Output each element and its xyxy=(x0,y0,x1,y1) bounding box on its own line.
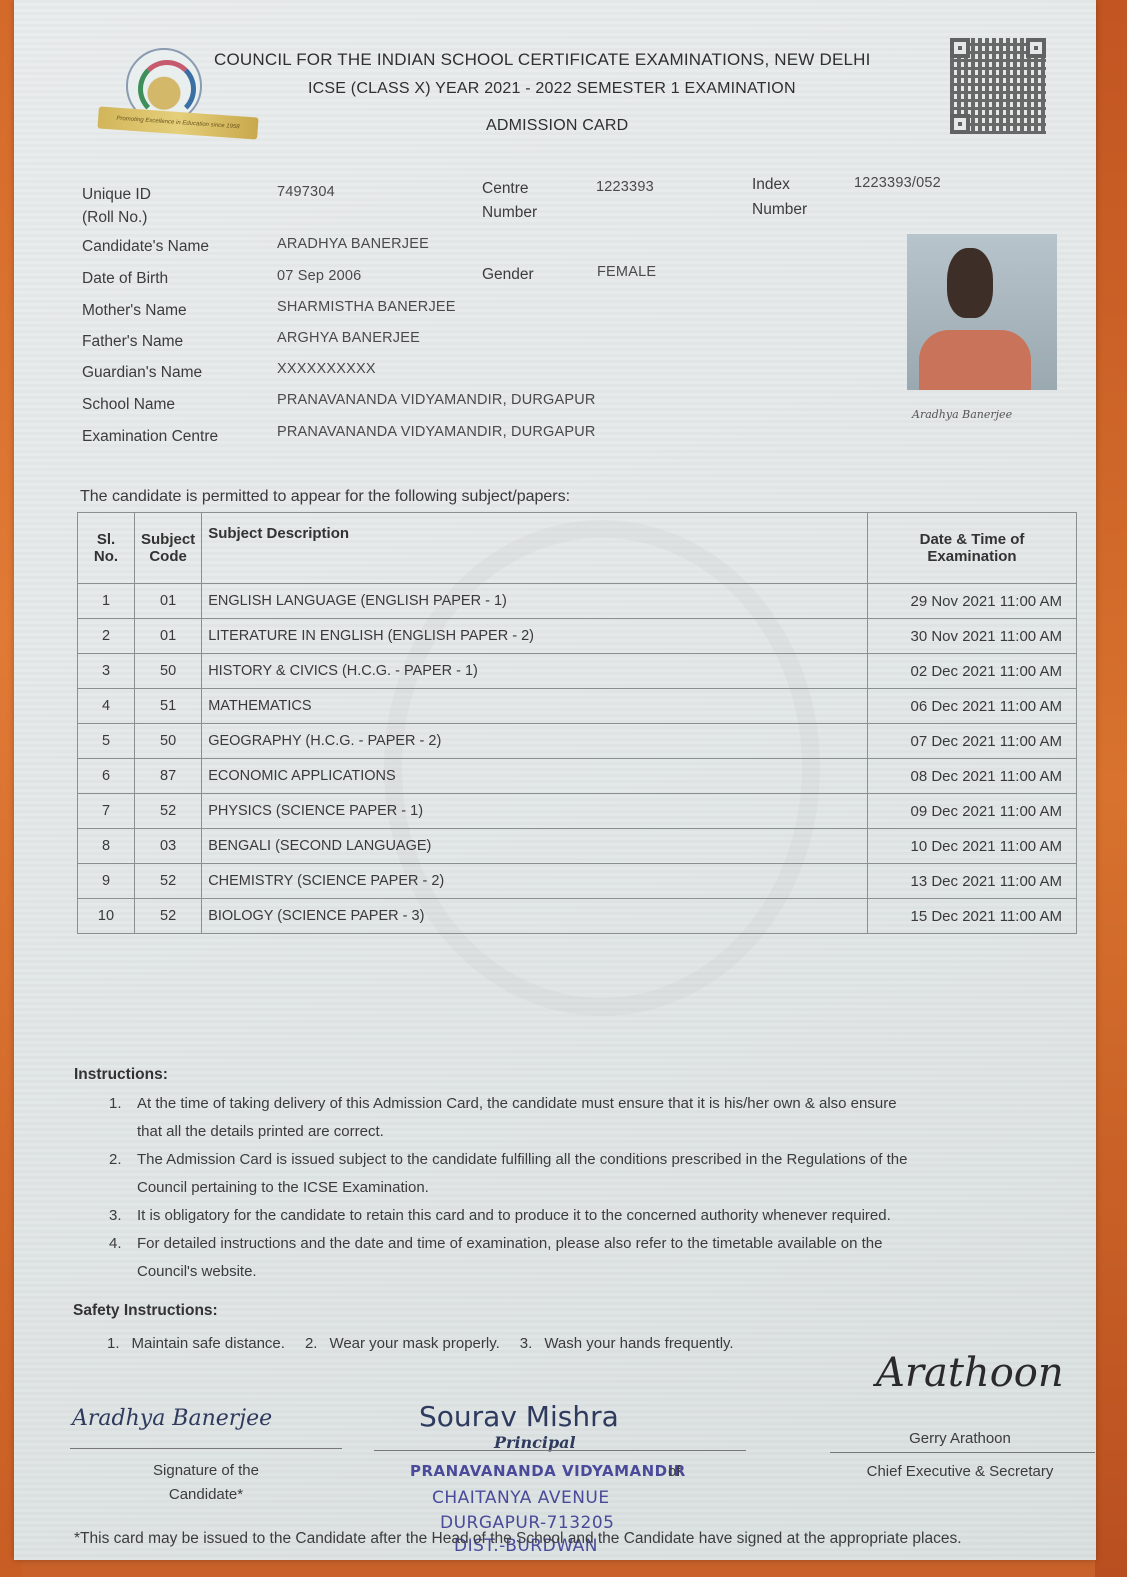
centre-number-label-2: Number xyxy=(482,204,537,222)
unique-id-value: 7497304 xyxy=(277,184,335,200)
table-row: 952CHEMISTRY (SCIENCE PAPER - 2)13 Dec 2… xyxy=(78,864,1077,899)
cell-subject-description: CHEMISTRY (SCIENCE PAPER - 2) xyxy=(202,864,868,899)
cell-subject-description: HISTORY & CIVICS (H.C.G. - PAPER - 1) xyxy=(202,654,868,689)
candidate-signature-caption-2: Candidate* xyxy=(70,1486,342,1503)
cell-subject-code: 50 xyxy=(135,654,202,689)
cell-sl-no: 3 xyxy=(78,654,135,689)
table-row: 687ECONOMIC APPLICATIONS08 Dec 2021 11:0… xyxy=(78,759,1077,794)
instruction-text: It is obligatory for the candidate to re… xyxy=(137,1202,1057,1230)
cell-subject-code: 52 xyxy=(135,794,202,829)
instruction-item: 2.The Admission Card is issued subject t… xyxy=(137,1146,1057,1202)
motto-ribbon: Promoting Excellence in Education since … xyxy=(97,106,258,139)
cell-subject-code: 51 xyxy=(135,689,202,724)
subjects-intro: The candidate is permitted to appear for… xyxy=(80,488,570,506)
instruction-item: 3.It is obligatory for the candidate to … xyxy=(137,1202,1057,1230)
cell-subject-code: 01 xyxy=(135,619,202,654)
cell-sl-no: 2 xyxy=(78,619,135,654)
mother-name-value: SHARMISTHA BANERJEE xyxy=(277,299,456,315)
cell-subject-description: GEOGRAPHY (H.C.G. - PAPER - 2) xyxy=(202,724,868,759)
candidate-photo xyxy=(907,234,1057,390)
table-row: 201LITERATURE IN ENGLISH (ENGLISH PAPER … xyxy=(78,619,1077,654)
instruction-item: 1.At the time of taking delivery of this… xyxy=(137,1090,1057,1146)
safety-text: Wash your hands frequently. xyxy=(544,1335,733,1352)
father-name-value: ARGHYA BANERJEE xyxy=(277,330,420,346)
cell-subject-description: ENGLISH LANGUAGE (ENGLISH PAPER - 1) xyxy=(202,584,868,619)
safety-instructions-list: 1.Maintain safe distance.2.Wear your mas… xyxy=(107,1330,754,1358)
instruction-text: At the time of taking delivery of this A… xyxy=(137,1090,1057,1118)
secretary-title: Chief Executive & Secretary xyxy=(830,1463,1090,1480)
cell-sl-no: 9 xyxy=(78,864,135,899)
father-name-label: Father's Name xyxy=(82,333,183,351)
head-signature-line xyxy=(374,1450,746,1451)
table-header-row: Sl.No. SubjectCode Subject Description D… xyxy=(78,513,1077,584)
instruction-item: 4.For detailed instructions and the date… xyxy=(137,1230,1057,1286)
cell-date-time: 07 Dec 2021 11:00 AM xyxy=(868,724,1077,759)
cell-sl-no: 1 xyxy=(78,584,135,619)
unique-id-label: Unique ID xyxy=(82,186,151,204)
candidate-name-value: ARADHYA BANERJEE xyxy=(277,236,429,252)
cell-subject-description: LITERATURE IN ENGLISH (ENGLISH PAPER - 2… xyxy=(202,619,868,654)
head-signature-caption: of xyxy=(668,1463,681,1480)
header-date-time: Date & Time ofExamination xyxy=(868,513,1077,584)
gender-value: FEMALE xyxy=(597,264,656,280)
cell-subject-description: BENGALI (SECOND LANGUAGE) xyxy=(202,829,868,864)
header-sl-no: Sl.No. xyxy=(78,513,135,584)
cell-date-time: 13 Dec 2021 11:00 AM xyxy=(868,864,1077,899)
safety-item: 2.Wear your mask properly. xyxy=(305,1335,500,1352)
background-surface-right xyxy=(1095,0,1127,1577)
school-name-label: School Name xyxy=(82,396,175,414)
gender-label: Gender xyxy=(482,266,534,284)
candidate-handwritten-signature: Aradhya Banerjee xyxy=(72,1406,272,1431)
table-row: 1052BIOLOGY (SCIENCE PAPER - 3)15 Dec 20… xyxy=(78,899,1077,934)
cell-subject-description: BIOLOGY (SCIENCE PAPER - 3) xyxy=(202,899,868,934)
dob-value: 07 Sep 2006 xyxy=(277,268,361,284)
safety-instructions-title: Safety Instructions: xyxy=(73,1302,218,1320)
cell-subject-code: 03 xyxy=(135,829,202,864)
exam-title: ICSE (CLASS X) YEAR 2021 - 2022 SEMESTER… xyxy=(308,80,796,98)
council-name: COUNCIL FOR THE INDIAN SCHOOL CERTIFICAT… xyxy=(214,50,871,70)
roll-no-label: (Roll No.) xyxy=(82,209,147,227)
instruction-text-continued: Council pertaining to the ICSE Examinati… xyxy=(137,1174,1057,1202)
principal-handwritten-signature: Sourav Mishra xyxy=(419,1400,619,1433)
cell-subject-code: 87 xyxy=(135,759,202,794)
safety-text: Wear your mask properly. xyxy=(329,1335,499,1352)
secretary-signature-line xyxy=(830,1452,1095,1453)
footnote: *This card may be issued to the Candidat… xyxy=(74,1530,962,1548)
instruction-text: For detailed instructions and the date a… xyxy=(137,1230,1057,1258)
cell-sl-no: 4 xyxy=(78,689,135,724)
safety-number: 3. xyxy=(520,1335,533,1352)
table-row: 451MATHEMATICS06 Dec 2021 11:00 AM xyxy=(78,689,1077,724)
safety-number: 2. xyxy=(305,1335,318,1352)
safety-text: Maintain safe distance. xyxy=(132,1335,285,1352)
qr-code-icon xyxy=(950,38,1046,134)
cell-date-time: 09 Dec 2021 11:00 AM xyxy=(868,794,1077,829)
admission-card: Promoting Excellence in Education since … xyxy=(14,0,1096,1560)
exam-centre-value: PRANAVANANDA VIDYAMANDIR, DURGAPUR xyxy=(277,424,596,440)
instructions-list: 1.At the time of taking delivery of this… xyxy=(137,1090,1057,1286)
header-subject-code: SubjectCode xyxy=(135,513,202,584)
subjects-table: Sl.No. SubjectCode Subject Description D… xyxy=(77,512,1077,934)
cell-date-time: 30 Nov 2021 11:00 AM xyxy=(868,619,1077,654)
dob-label: Date of Birth xyxy=(82,270,168,288)
index-number-label-1: Index xyxy=(752,176,790,194)
cell-date-time: 08 Dec 2021 11:00 AM xyxy=(868,759,1077,794)
candidate-signature-line xyxy=(70,1448,342,1449)
photo-signature: Aradhya Banerjee xyxy=(912,408,1012,421)
candidate-name-label: Candidate's Name xyxy=(82,238,209,256)
safety-item: 3.Wash your hands frequently. xyxy=(520,1335,734,1352)
centre-number-label-1: Centre xyxy=(482,180,529,198)
cell-subject-description: PHYSICS (SCIENCE PAPER - 1) xyxy=(202,794,868,829)
school-stamp-line-2: CHAITANYA AVENUE xyxy=(432,1488,610,1508)
cell-sl-no: 5 xyxy=(78,724,135,759)
instruction-text: The Admission Card is issued subject to … xyxy=(137,1146,1057,1174)
table-row: 550GEOGRAPHY (H.C.G. - PAPER - 2)07 Dec … xyxy=(78,724,1077,759)
instruction-text-continued: that all the details printed are correct… xyxy=(137,1118,1057,1146)
instructions-title: Instructions: xyxy=(74,1066,168,1084)
guardian-name-value: XXXXXXXXXX xyxy=(277,361,376,377)
instruction-number: 4. xyxy=(109,1230,122,1258)
secretary-handwritten-signature: Arathoon xyxy=(876,1350,1064,1396)
school-stamp-line-1: PRANAVANANDA VIDYAMANDIR xyxy=(410,1462,686,1480)
cell-subject-code: 50 xyxy=(135,724,202,759)
instruction-number: 2. xyxy=(109,1146,122,1174)
header-subject-description: Subject Description xyxy=(202,513,868,584)
mother-name-label: Mother's Name xyxy=(82,302,187,320)
school-name-value: PRANAVANANDA VIDYAMANDIR, DURGAPUR xyxy=(277,392,596,408)
guardian-name-label: Guardian's Name xyxy=(82,364,202,382)
cell-subject-code: 52 xyxy=(135,864,202,899)
cell-sl-no: 10 xyxy=(78,899,135,934)
cell-subject-description: ECONOMIC APPLICATIONS xyxy=(202,759,868,794)
safety-number: 1. xyxy=(107,1335,120,1352)
cell-sl-no: 8 xyxy=(78,829,135,864)
cell-date-time: 06 Dec 2021 11:00 AM xyxy=(868,689,1077,724)
table-row: 350HISTORY & CIVICS (H.C.G. - PAPER - 1)… xyxy=(78,654,1077,689)
cell-sl-no: 6 xyxy=(78,759,135,794)
candidate-signature-caption-1: Signature of the xyxy=(70,1462,342,1479)
instruction-number: 1. xyxy=(109,1090,122,1118)
cell-date-time: 10 Dec 2021 11:00 AM xyxy=(868,829,1077,864)
cell-subject-code: 01 xyxy=(135,584,202,619)
cell-subject-code: 52 xyxy=(135,899,202,934)
instruction-number: 3. xyxy=(109,1202,122,1230)
cell-sl-no: 7 xyxy=(78,794,135,829)
centre-number-value: 1223393 xyxy=(596,179,654,195)
cell-date-time: 29 Nov 2021 11:00 AM xyxy=(868,584,1077,619)
exam-centre-label: Examination Centre xyxy=(82,428,218,446)
cell-date-time: 15 Dec 2021 11:00 AM xyxy=(868,899,1077,934)
table-row: 803BENGALI (SECOND LANGUAGE)10 Dec 2021 … xyxy=(78,829,1077,864)
cell-subject-description: MATHEMATICS xyxy=(202,689,868,724)
instruction-text-continued: Council's website. xyxy=(137,1258,1057,1286)
cell-date-time: 02 Dec 2021 11:00 AM xyxy=(868,654,1077,689)
document-title: ADMISSION CARD xyxy=(486,117,628,135)
secretary-name: Gerry Arathoon xyxy=(830,1430,1090,1447)
table-row: 101ENGLISH LANGUAGE (ENGLISH PAPER - 1)2… xyxy=(78,584,1077,619)
table-row: 752PHYSICS (SCIENCE PAPER - 1)09 Dec 202… xyxy=(78,794,1077,829)
safety-item: 1.Maintain safe distance. xyxy=(107,1335,285,1352)
index-number-value: 1223393/052 xyxy=(854,175,941,191)
index-number-label-2: Number xyxy=(752,201,807,219)
